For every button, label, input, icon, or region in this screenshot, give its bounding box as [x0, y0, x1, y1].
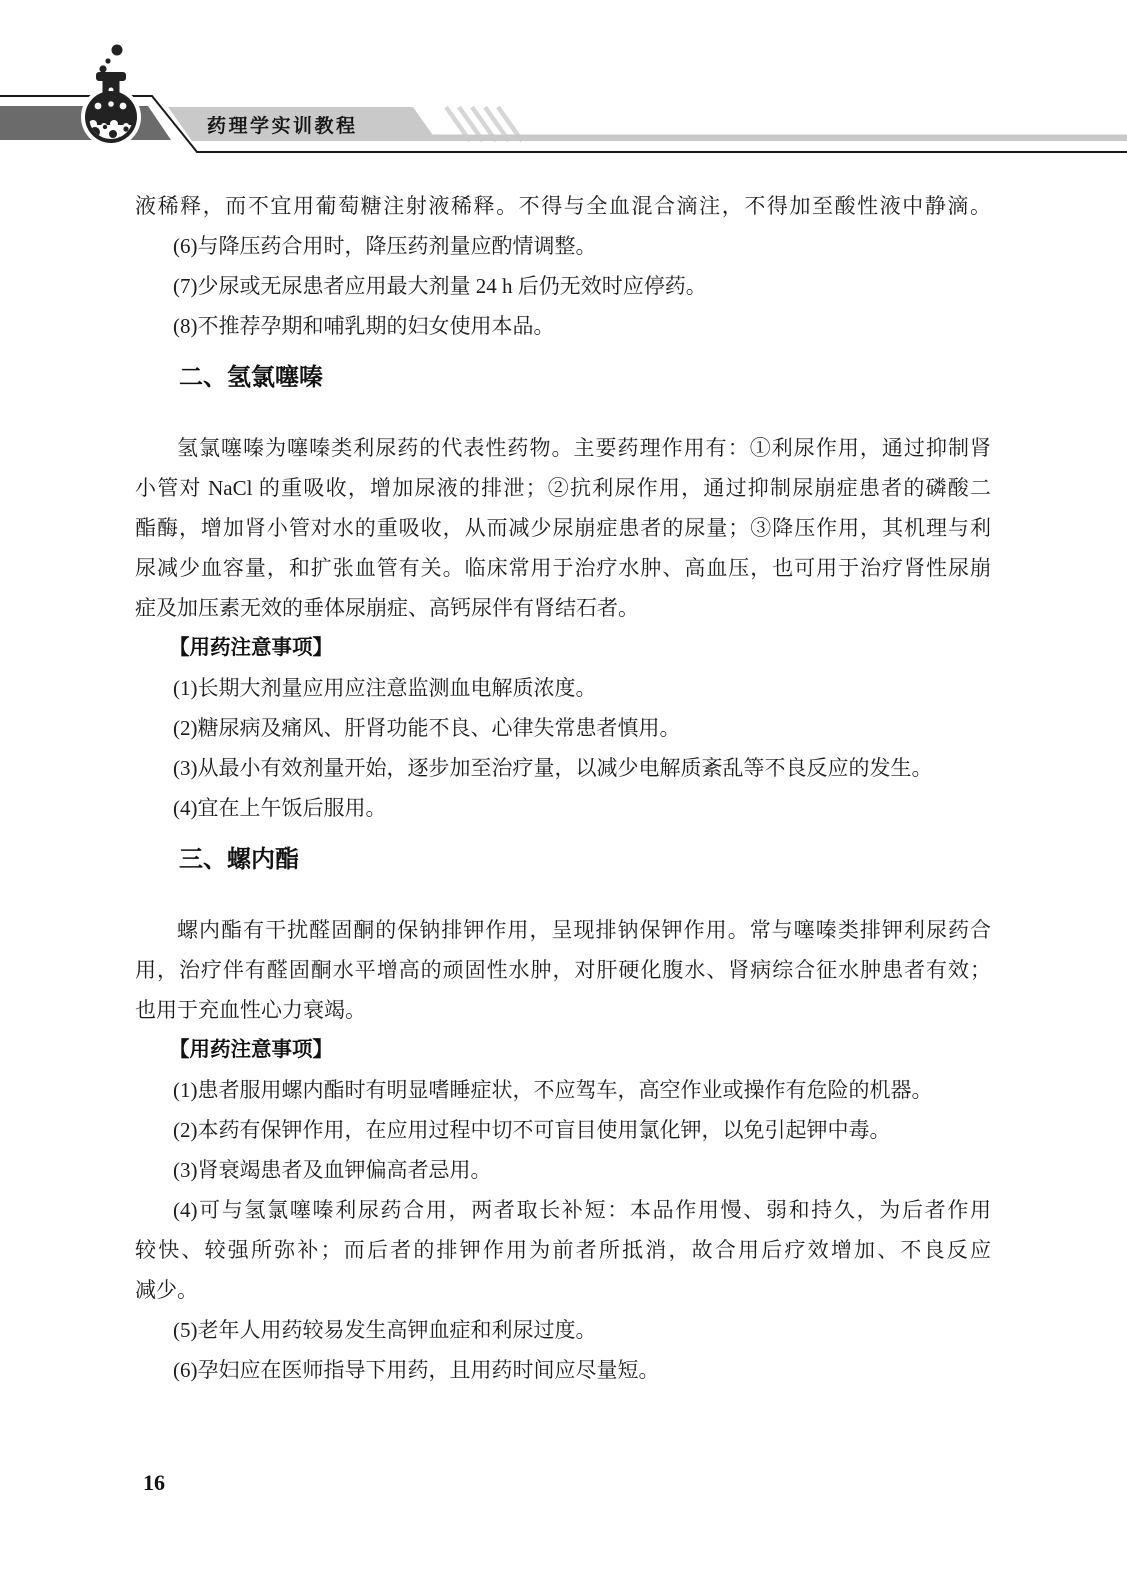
text-line: (4)宜在上午饭后服用。 — [135, 788, 991, 828]
header-thin-strip — [430, 135, 1127, 142]
book-page: 药理学实训教程 液稀释，而不宜用葡萄糖注射液稀释。不得与全血混合滴注，不得加至酸… — [0, 0, 1127, 1570]
section-heading: 二、氢氯噻嗪 — [135, 362, 991, 394]
text-line: 也用于充血性心力衰竭。 — [135, 990, 991, 1030]
text-line: (3)从最小有效剂量开始，逐步加至治疗量，以减少电解质紊乱等不良反应的发生。 — [135, 748, 991, 788]
text-line: (4)可与氢氯噻嗪利尿药合用，两者取长补短：本品作用慢、弱和持久，为后者作用 — [135, 1190, 991, 1230]
text-line: 症及加压素无效的垂体尿崩症、高钙尿伴有肾结石者。 — [135, 588, 991, 628]
text-line: 液稀释，而不宜用葡萄糖注射液稀释。不得与全血混合滴注，不得加至酸性液中静滴。 — [135, 186, 991, 226]
text-line: 小管对 NaCl 的重吸收，增加尿液的排泄；②抗利尿作用，通过抑制尿崩症患者的磷… — [135, 468, 991, 508]
header-decoration — [0, 0, 1127, 175]
usage-notes-label: 【用药注意事项】 — [135, 1030, 991, 1070]
text-line: (7)少尿或无尿患者应用最大剂量 24 h 后仍无效时应停药。 — [135, 266, 991, 306]
usage-notes-label: 【用药注意事项】 — [135, 628, 991, 668]
text-line: (2)糖尿病及痛风、肝肾功能不良、心律失常患者慎用。 — [135, 708, 991, 748]
text-line: (1)患者服用螺内酯时有明显嗜睡症状，不应驾车，高空作业或操作有危险的机器。 — [135, 1070, 991, 1110]
text-line: 较快、较强所弥补；而后者的排钾作用为前者所抵消，故合用后疗效增加、不良反应 — [135, 1230, 991, 1270]
header-rule — [0, 96, 1127, 152]
text-line: (3)肾衰竭患者及血钾偏高者忌用。 — [135, 1150, 991, 1190]
text-line: 螺内酯有干扰醛固酮的保钠排钾作用，呈现排钠保钾作用。常与噻嗪类排钾利尿药合 — [135, 910, 991, 950]
text-line: 用，治疗伴有醛固酮水平增高的顽固性水肿，对肝硬化腹水、肾病综合征水肿患者有效； — [135, 950, 991, 990]
text-line: (6)与降压药合用时，降压药剂量应酌情调整。 — [135, 226, 991, 266]
flask-icon — [81, 45, 141, 148]
text-line: 氢氯噻嗪为噻嗪类利尿药的代表性药物。主要药理作用有：①利尿作用，通过抑制肾 — [135, 428, 991, 468]
page-number: 16 — [143, 1470, 165, 1496]
text-line: 尿减少血容量，和扩张血管有关。临床常用于治疗水肿、高血压，也可用于治疗肾性尿崩 — [135, 548, 991, 588]
text-line: 减少。 — [135, 1270, 991, 1310]
text-line: (8)不推荐孕期和哺乳期的妇女使用本品。 — [135, 306, 991, 346]
text-line: (5)老年人用药较易发生高钾血症和利尿过度。 — [135, 1310, 991, 1350]
text-line: (6)孕妇应在医师指导下用药，且用药时间应尽量短。 — [135, 1350, 991, 1390]
text-line: 酯酶，增加肾小管对水的重吸收，从而减少尿崩症患者的尿量；③降压作用，其机理与利 — [135, 508, 991, 548]
text-line: (1)长期大剂量应用应注意监测血电解质浓度。 — [135, 668, 991, 708]
text-line: (2)本药有保钾作用，在应用过程中切不可盲目使用氯化钾，以免引起钾中毒。 — [135, 1110, 991, 1150]
section-heading: 三、螺内酯 — [135, 844, 991, 876]
book-title: 药理学实训教程 — [207, 112, 358, 142]
page-content: 液稀释，而不宜用葡萄糖注射液稀释。不得与全血混合滴注，不得加至酸性液中静滴。 (… — [135, 186, 991, 1390]
page-header: 药理学实训教程 — [0, 0, 1127, 175]
